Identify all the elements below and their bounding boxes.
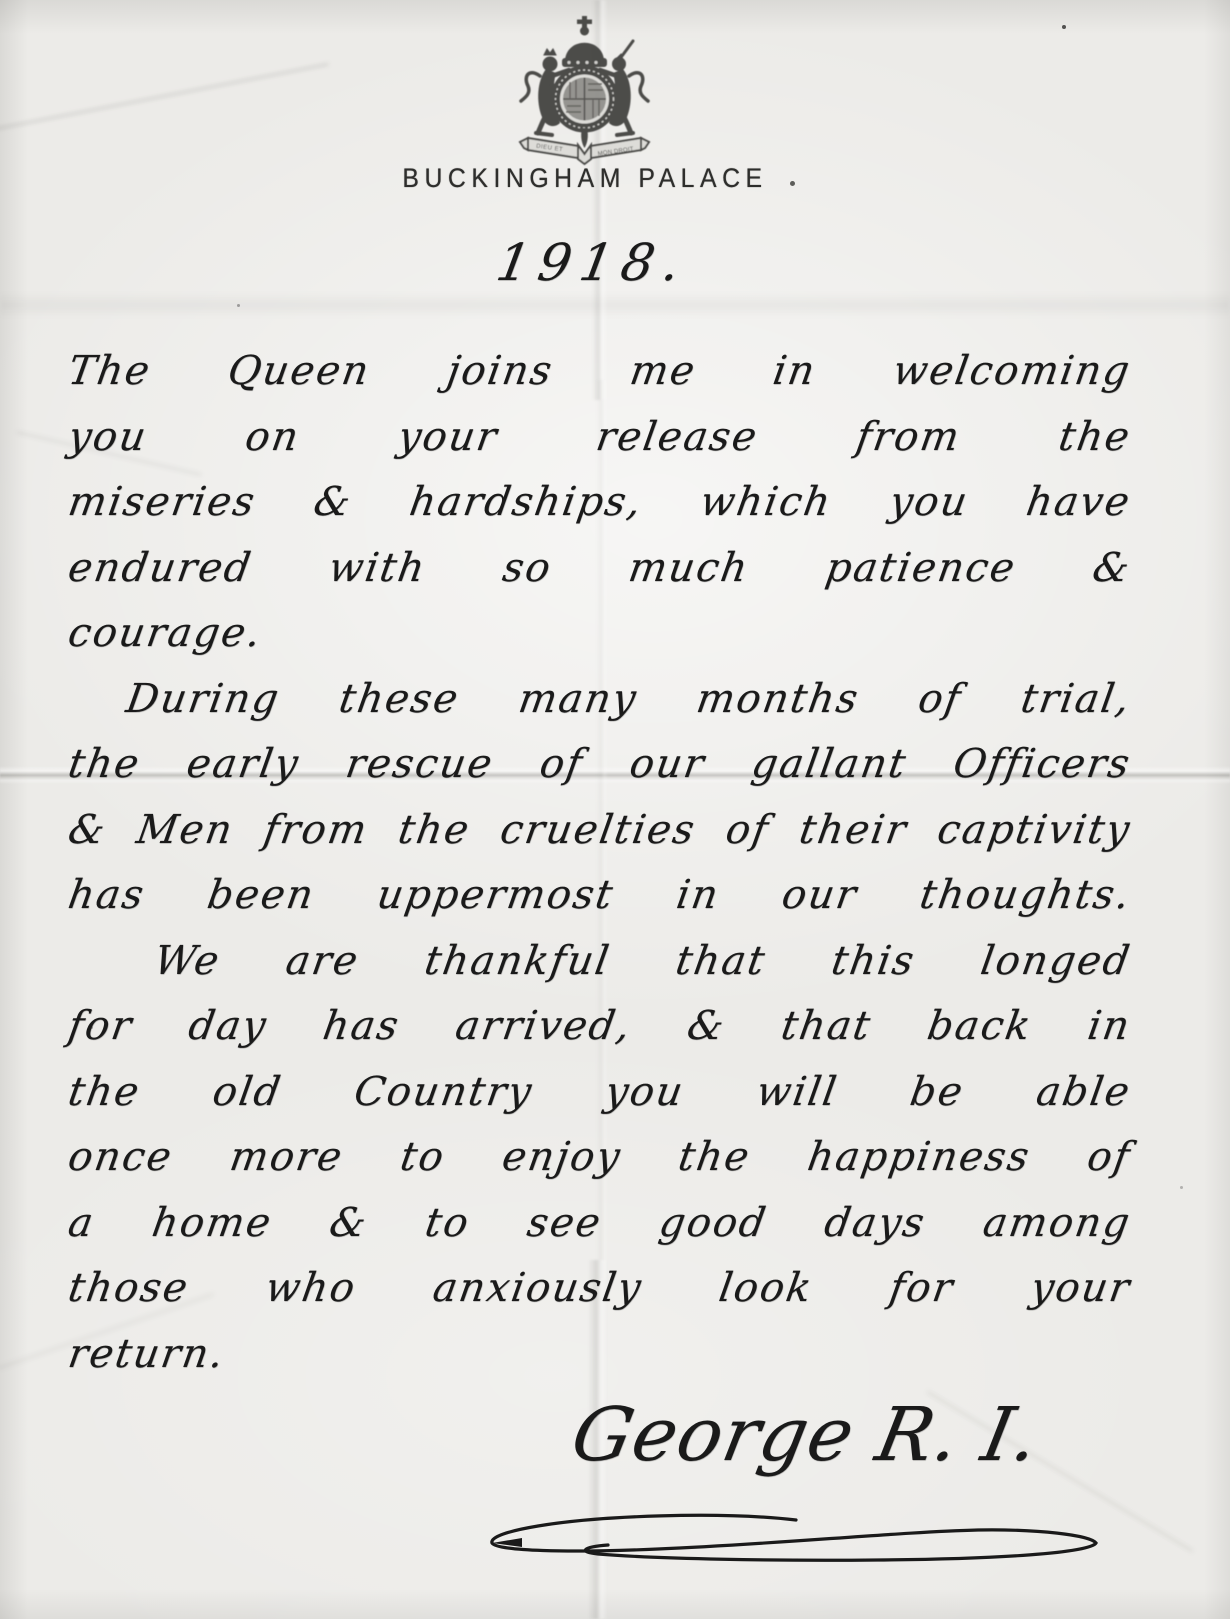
handwritten-line: return. (62, 1331, 1134, 1397)
letter-body: The Queen joins me in welcoming you on y… (62, 348, 1124, 1396)
handwritten-line: During these many months of trial, (62, 676, 1134, 742)
handwritten-line: miseries & hardships, which you have (62, 479, 1134, 545)
handwritten-line: The Queen joins me in welcoming (62, 348, 1134, 414)
handwritten-line: a home & to see good days among (62, 1200, 1134, 1266)
signature-flourish-icon (478, 1506, 1110, 1568)
signature-george-ri: George R. I. (565, 1392, 1047, 1478)
diagonal-crease (0, 63, 329, 133)
fold-crease-horizontal-faint (0, 292, 1230, 318)
letterhead-palace-name: BUCKINGHAM PALACE (47, 163, 1123, 194)
handwritten-line: the early rescue of our gallant Officers (62, 741, 1134, 807)
date-handwritten: 1918. (492, 234, 693, 293)
handwritten-line: endured with so much patience & (62, 545, 1134, 611)
handwritten-line: for day has arrived, & that back in (62, 1003, 1134, 1069)
handwritten-line: has been uppermost in our thoughts. (62, 872, 1134, 938)
royal-crest-icon: DIEU ET MON DROIT (510, 14, 660, 166)
handwritten-line: you on your release from the (62, 414, 1134, 480)
paper-speck (1062, 25, 1066, 29)
paper-speck (1180, 1186, 1183, 1189)
handwritten-line: & Men from the cruelties of their captiv… (62, 807, 1134, 873)
letter-page: DIEU ET MON DROIT BUCKINGHAM PALACE 1918… (0, 0, 1230, 1619)
handwritten-line: those who anxiously look for your (62, 1265, 1134, 1331)
handwritten-line: once more to enjoy the happiness of (62, 1134, 1134, 1200)
handwritten-line: We are thankful that this longed (62, 938, 1134, 1004)
paper-speck (237, 304, 240, 307)
handwritten-line: the old Country you will be able (62, 1069, 1134, 1135)
handwritten-line: courage. (62, 610, 1134, 676)
